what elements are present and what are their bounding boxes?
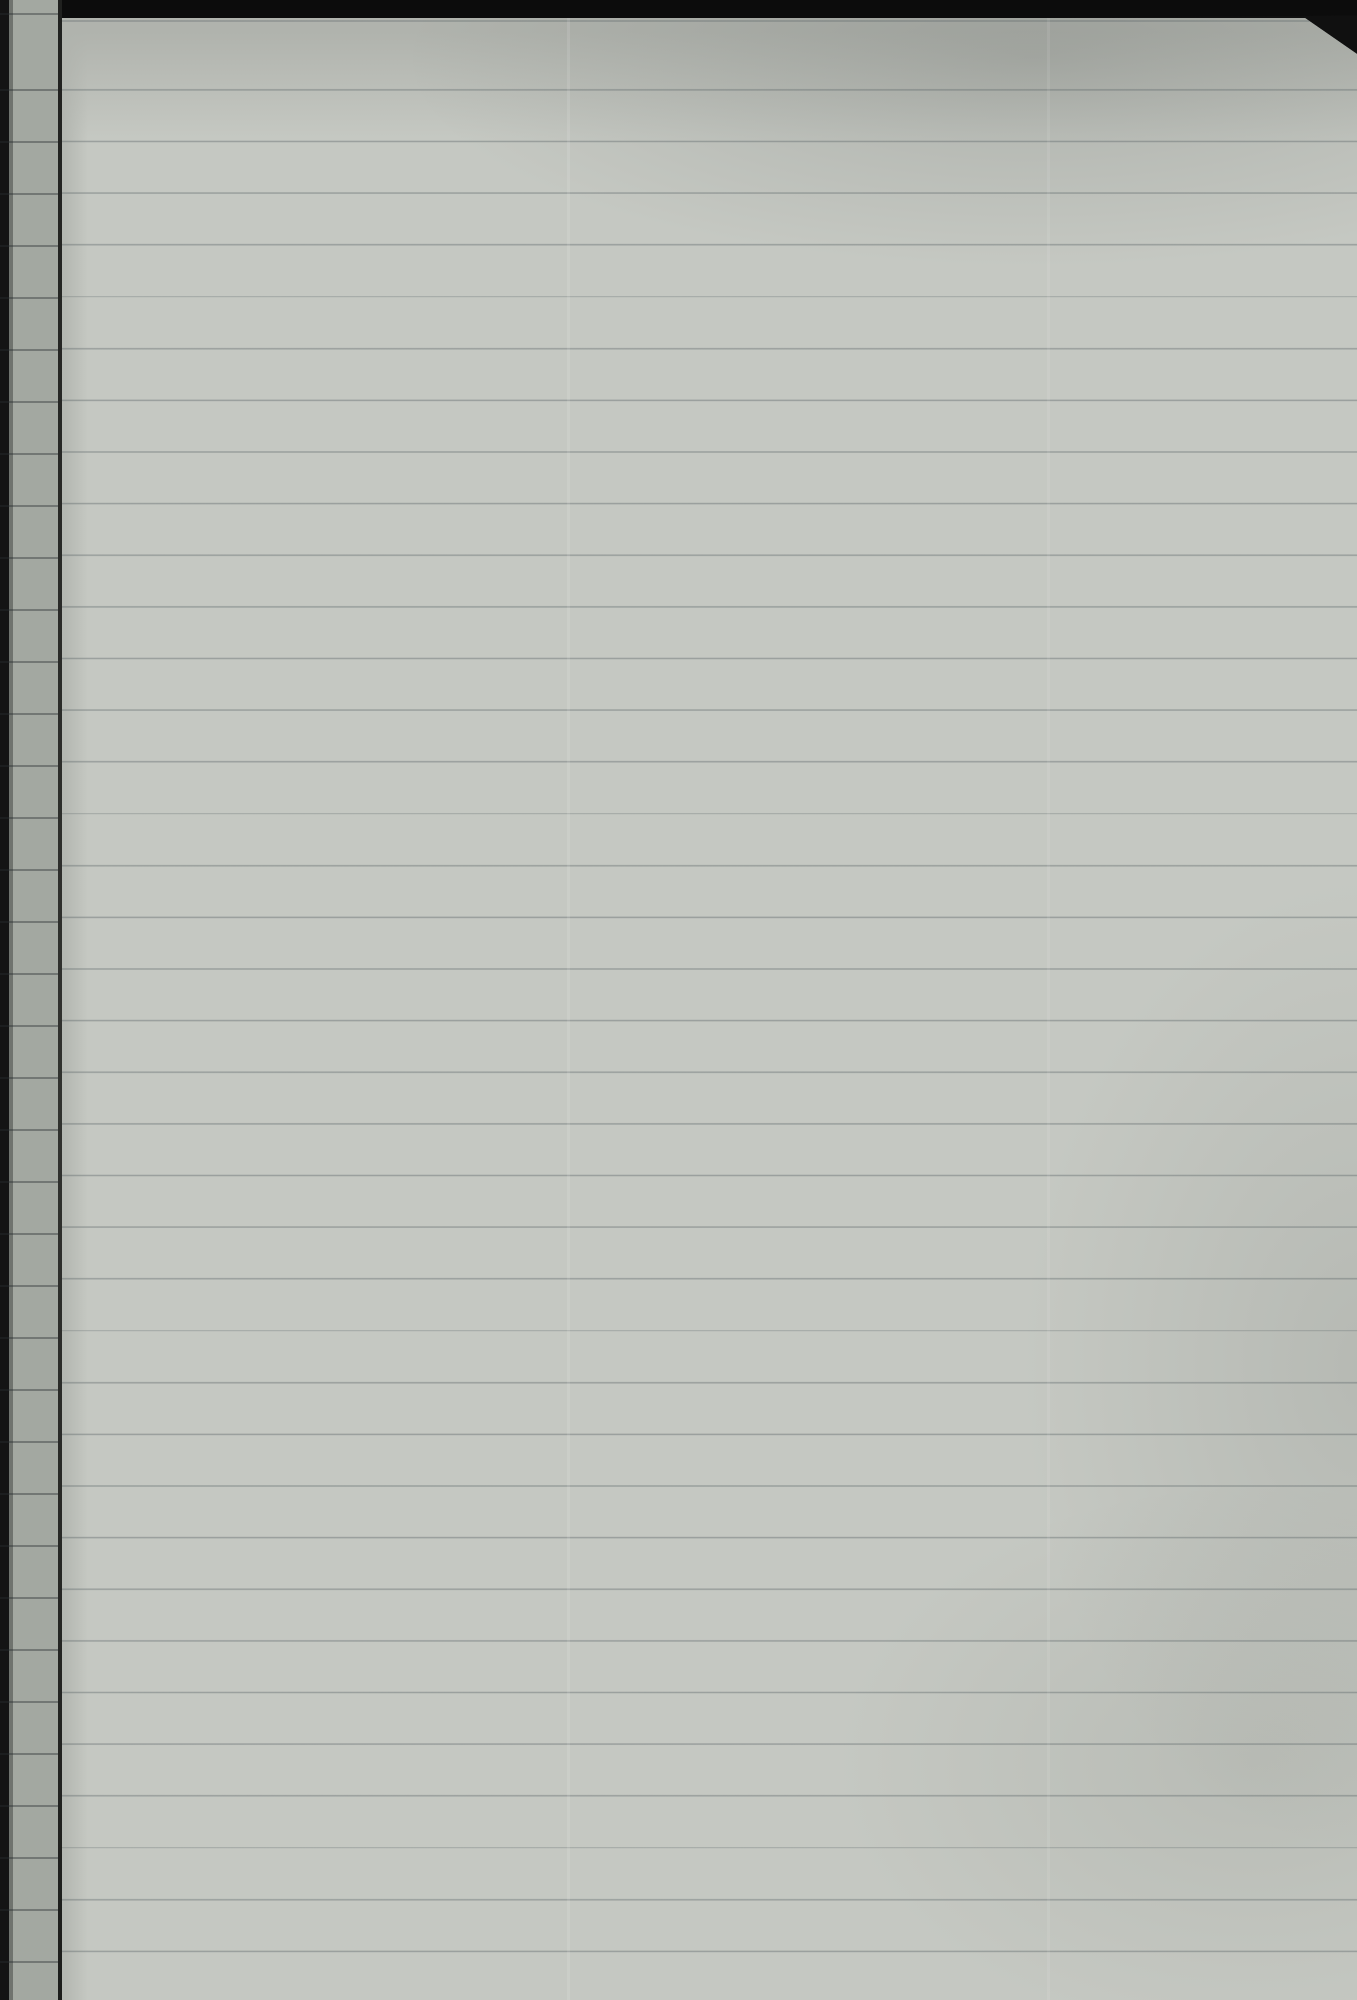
gutter-ruled-lines (0, 0, 62, 2000)
binding-gutter (0, 0, 62, 2000)
fold-streak (1047, 18, 1050, 2000)
ruled-lines (62, 18, 1357, 2000)
page-edge-line (58, 0, 62, 2000)
fold-streak (567, 18, 570, 2000)
paper-sheet (62, 18, 1357, 2000)
scanned-manuscript-page: 4 2 Delegacia de Policia da Oliveira 25 … (0, 0, 1357, 2000)
